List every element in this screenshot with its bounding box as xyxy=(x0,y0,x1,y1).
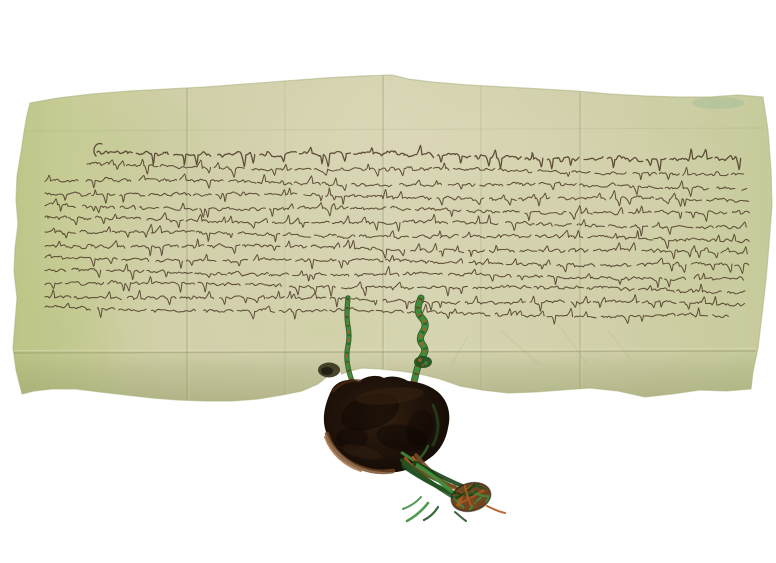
parchment-group xyxy=(0,70,776,425)
loose-cord-wisp xyxy=(424,507,438,520)
plica-hole-core xyxy=(321,367,333,375)
loose-cord-wisp xyxy=(403,497,421,509)
charter-photograph xyxy=(0,0,776,563)
charter-scene xyxy=(0,0,776,563)
cord-end-speck xyxy=(422,364,425,367)
cord-end-speck xyxy=(424,361,428,365)
wax-seal xyxy=(324,376,505,521)
green-smudge xyxy=(692,97,744,109)
cord-end-speck xyxy=(418,358,422,362)
loose-cord-wisp xyxy=(455,512,466,521)
loose-cord-wisp xyxy=(487,506,505,513)
